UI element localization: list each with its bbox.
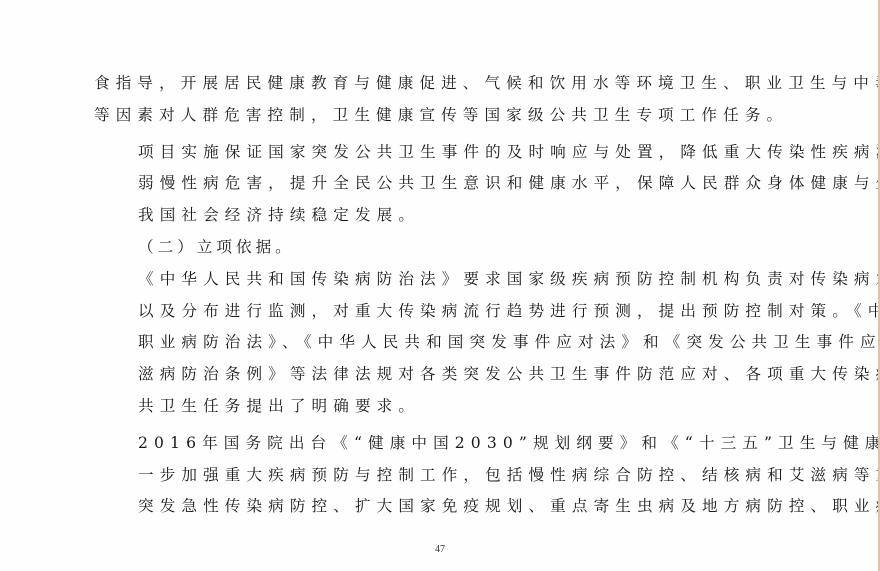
text-line: 2016年国务院出台《“健康中国2030”规划纲要》和《“十三五”卫生与健康规划… [94,428,784,460]
paragraph-project-impact: 项目实施保证国家突发公共卫生事件的及时响应与处置，降低重大传染性疾病流行率，减 … [94,137,784,232]
text-line: 我国社会经济持续稳定发展。 [94,200,784,232]
text-line: 滋病防治条例》等法律法规对各类突发公共卫生事件防范应对、各项重大传染病防控和重点… [94,359,784,391]
text-line: 以及分布进行监测，对重大传染病流行趋势进行预测，提出预防控制对策。《中华人民共和… [94,296,784,328]
page-number: 47 [0,544,880,555]
text-line: 等因素对人群危害控制，卫生健康宣传等国家级公共卫生专项工作任务。 [94,100,784,132]
paragraph-continued: 食指导，开展居民健康教育与健康促进、气候和饮用水等环境卫生、职业卫生与中毒、核辐… [94,68,784,132]
text-line: 《中华人民共和国传染病防治法》要求国家级疾病预防控制机构负责对传染病发生、流行 [94,264,784,296]
text-line: 项目实施保证国家突发公共卫生事件的及时响应与处置，降低重大传染性疾病流行率，减 [94,137,784,169]
paragraph-policy-2016: 2016年国务院出台《“健康中国2030”规划纲要》和《“十三五”卫生与健康规划… [94,428,784,523]
text-line: 共卫生任务提出了明确要求。 [94,391,784,423]
section-heading: （二）立项依据。 [94,232,784,264]
text-line: 弱慢性病危害，提升全民公共卫生意识和健康水平，保障人民群众身体健康与生命安全，保… [94,168,784,200]
text-line: 突发急性传染病防控、扩大国家免疫规划、重点寄生虫病及地方病防控、职业病防治等。 [94,491,784,523]
document-page: 食指导，开展居民健康教育与健康促进、气候和饮用水等环境卫生、职业卫生与中毒、核辐… [0,0,878,571]
text-line: 食指导，开展居民健康教育与健康促进、气候和饮用水等环境卫生、职业卫生与中毒、核辐… [94,68,784,100]
heading-text: （二）立项依据。 [94,232,784,264]
text-line: 一步加强重大疾病预防与控制工作，包括慢性病综合防控、结核病和艾滋病等重大传染病防… [94,460,784,492]
document-body: 食指导，开展居民健康教育与健康促进、气候和饮用水等环境卫生、职业卫生与中毒、核辐… [94,68,784,523]
text-line: 职业病防治法》、《中华人民共和国突发事件应对法》和《突发公共卫生事件应急条例》、… [94,327,784,359]
paragraph-legal-basis: 《中华人民共和国传染病防治法》要求国家级疾病预防控制机构负责对传染病发生、流行 … [94,264,784,423]
